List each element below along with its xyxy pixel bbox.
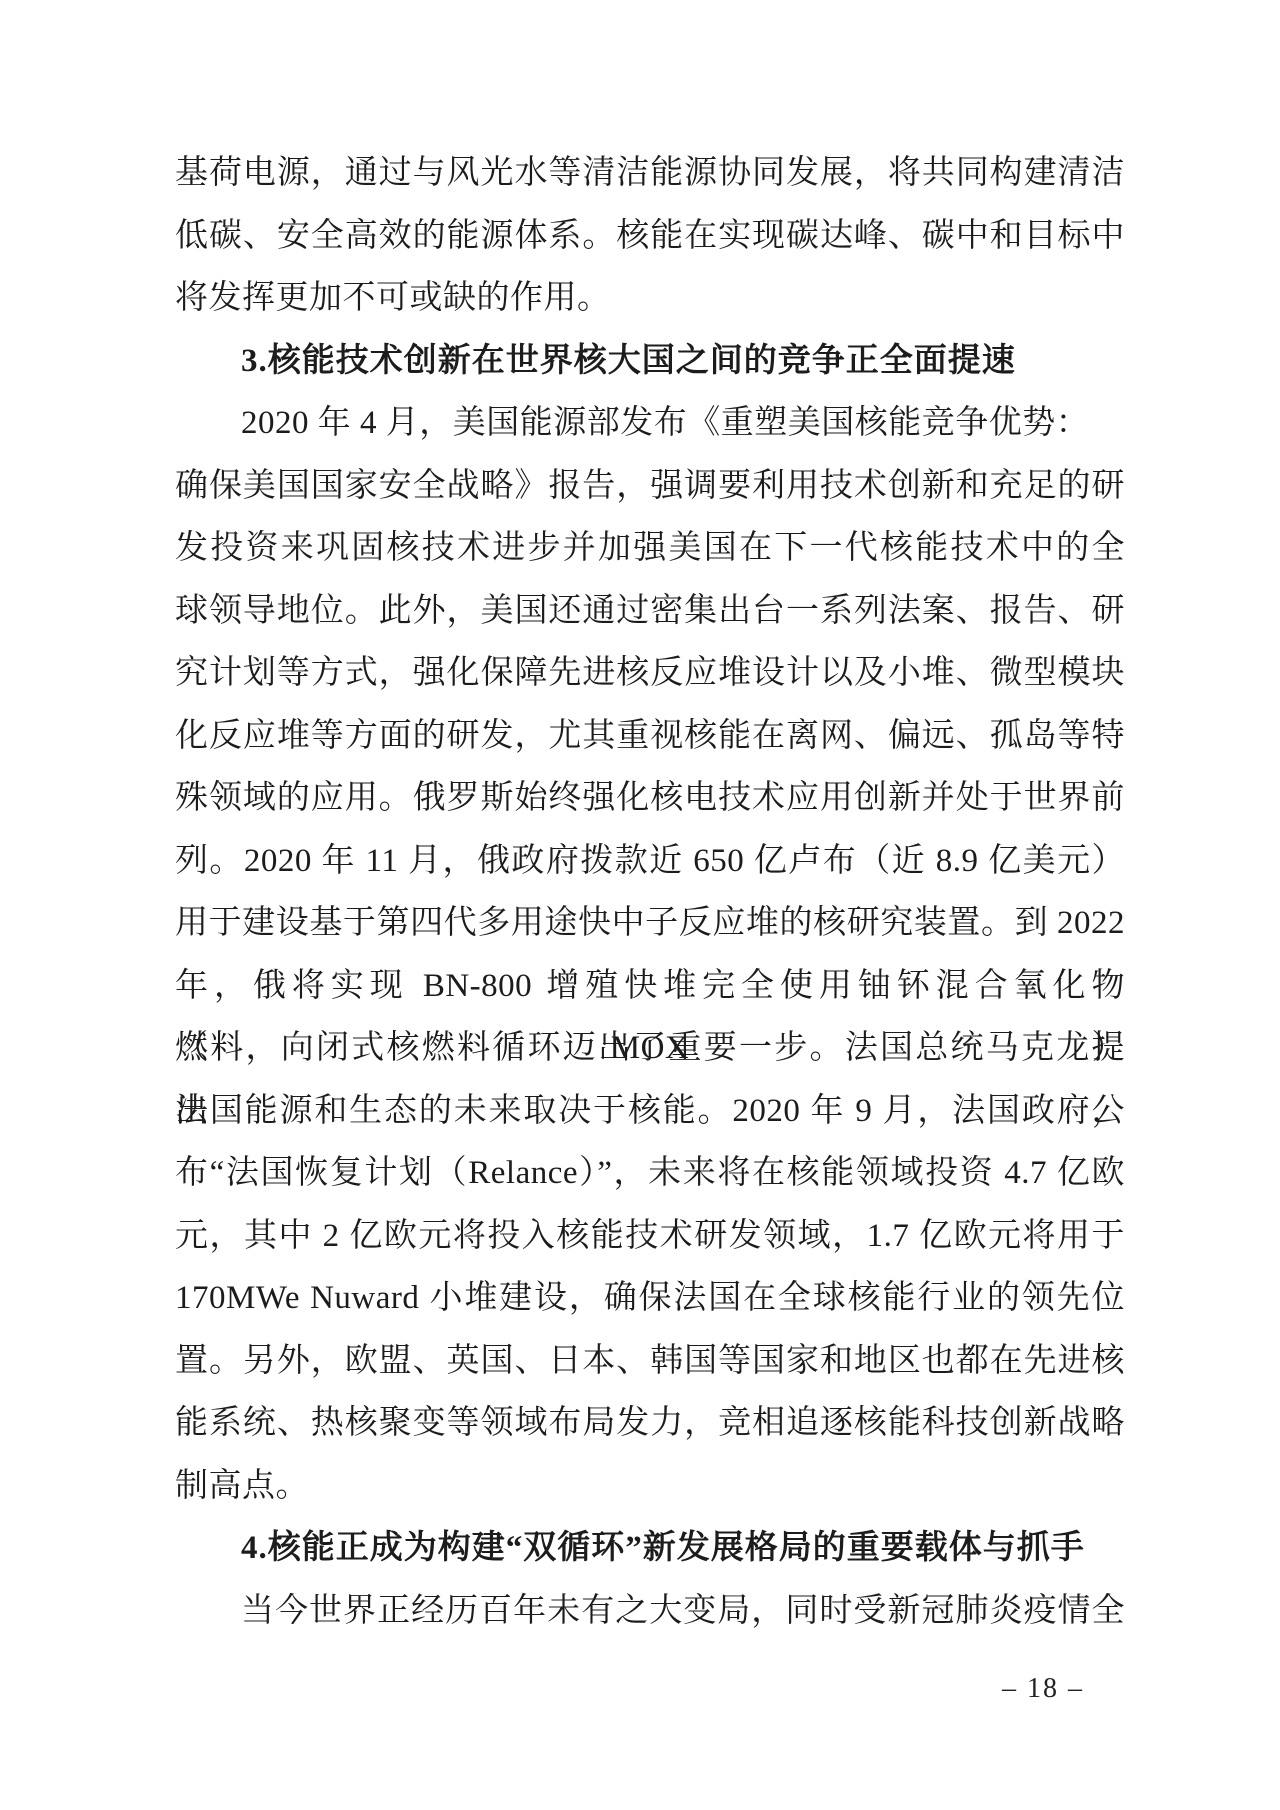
- text-line: 能系统、热核聚变等领域布局发力，竞相追逐核能科技创新战略: [175, 1392, 1125, 1455]
- text-line: 基荷电源，通过与风光水等清洁能源协同发展，将共同构建清洁: [175, 142, 1125, 205]
- text-line: 将发挥更加不可或缺的作用。: [175, 267, 1125, 330]
- text-line: 法国能源和生态的未来取决于核能。2020 年 9 月，法国政府公: [175, 1080, 1125, 1143]
- section-heading: 3.核能技术创新在世界核大国之间的竞争正全面提速: [175, 330, 1125, 393]
- text-line: 置。另外，欧盟、英国、日本、韩国等国家和地区也都在先进核: [175, 1330, 1125, 1393]
- text-line: 殊领域的应用。俄罗斯始终强化核电技术应用创新并处于世界前: [175, 767, 1125, 830]
- text-line: 170MWe Nuward 小堆建设，确保法国在全球核能行业的领先位: [175, 1267, 1125, 1330]
- text-line: 制高点。: [175, 1455, 1125, 1518]
- text-line: 列。2020 年 11 月，俄政府拨款近 650 亿卢布（近 8.9 亿美元）: [175, 830, 1125, 893]
- text-line: 究计划等方式，强化保障先进核反应堆设计以及小堆、微型模块: [175, 642, 1125, 705]
- text-line: 确保美国国家安全战略》报告，强调要利用技术创新和充足的研: [175, 455, 1125, 518]
- text-line: 化反应堆等方面的研发，尤其重视核能在离网、偏远、孤岛等特: [175, 705, 1125, 768]
- page-footer: – 18 –: [1002, 1672, 1084, 1706]
- page-number: – 18 –: [1002, 1673, 1084, 1704]
- text-line: 2020 年 4 月，美国能源部发布《重塑美国核能竞争优势：: [175, 392, 1125, 455]
- section-heading: 4.核能正成为构建“双循环”新发展格局的重要载体与抓手: [175, 1517, 1125, 1580]
- text-line: 低碳、安全高效的能源体系。核能在实现碳达峰、碳中和目标中: [175, 205, 1125, 268]
- text-line: 布“法国恢复计划（Relance）”，未来将在核能领域投资 4.7 亿欧: [175, 1142, 1125, 1205]
- document-page: 基荷电源，通过与风光水等清洁能源协同发展，将共同构建清洁低碳、安全高效的能源体系…: [0, 0, 1280, 1810]
- document-body: 基荷电源，通过与风光水等清洁能源协同发展，将共同构建清洁低碳、安全高效的能源体系…: [175, 142, 1125, 1642]
- text-line: 发投资来巩固核技术进步并加强美国在下一代核能技术中的全: [175, 517, 1125, 580]
- text-line: 当今世界正经历百年未有之大变局，同时受新冠肺炎疫情全: [175, 1580, 1125, 1643]
- text-line: 年，俄将实现 BN-800 增殖快堆完全使用铀钚混合氧化物（MOX）: [175, 955, 1125, 1018]
- text-line: 球领导地位。此外，美国还通过密集出台一系列法案、报告、研: [175, 580, 1125, 643]
- text-line: 用于建设基于第四代多用途快中子反应堆的核研究装置。到 2022: [175, 892, 1125, 955]
- text-line: 元，其中 2 亿欧元将投入核能技术研发领域，1.7 亿欧元将用于: [175, 1205, 1125, 1268]
- text-line: 燃料，向闭式核燃料循环迈出了重要一步。法国总统马克龙提出，: [175, 1017, 1125, 1080]
